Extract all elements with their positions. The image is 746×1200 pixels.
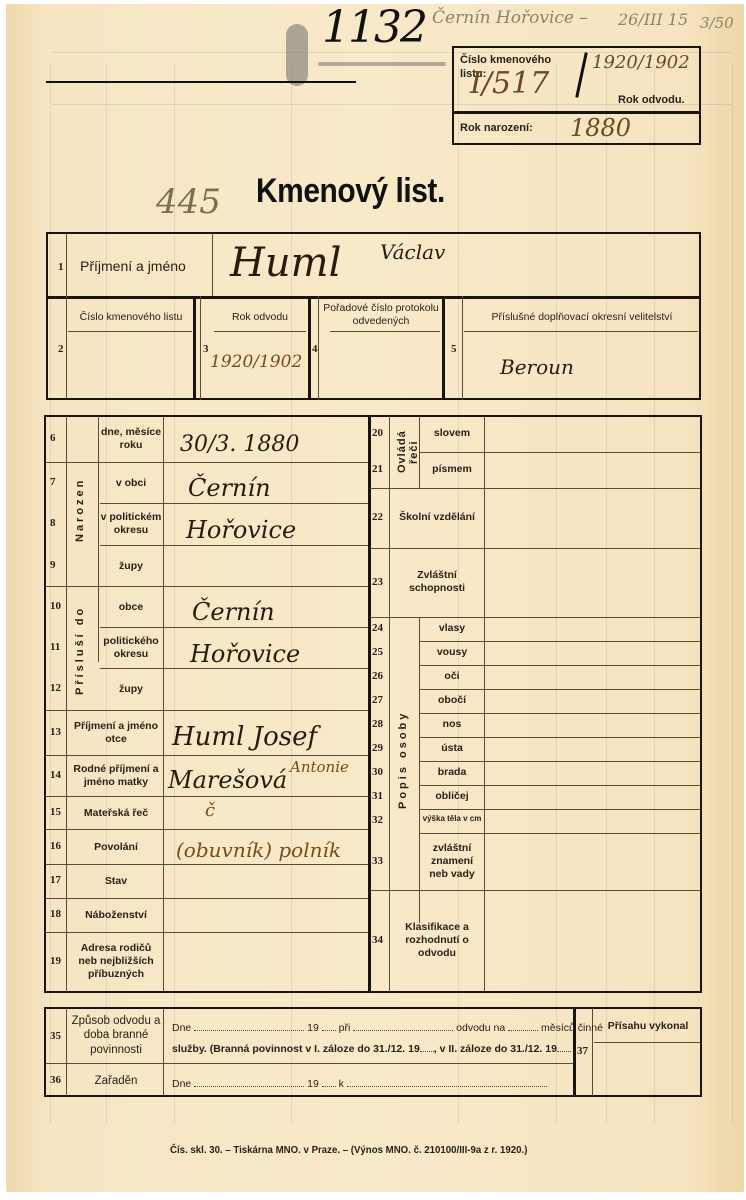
row-number: 27 xyxy=(372,694,383,706)
rok-odvodu-cell-value[interactable]: 1920/1902 xyxy=(210,352,302,372)
row-number: 20 xyxy=(372,427,383,439)
row-number: 2 xyxy=(58,343,64,355)
group-popis: Popis osoby xyxy=(397,710,409,810)
grid-line xyxy=(419,737,700,738)
row-number: 31 xyxy=(372,790,383,802)
row-number: 26 xyxy=(372,670,383,682)
grid-line xyxy=(214,331,306,332)
blank-field[interactable] xyxy=(347,1078,547,1087)
grid-line xyxy=(66,1008,67,1096)
mother-name-value[interactable]: Marešová xyxy=(168,766,287,794)
grid-line xyxy=(46,829,368,830)
row36-label: Zařaděn xyxy=(70,1074,162,1088)
grid-line xyxy=(46,932,368,933)
value-field[interactable] xyxy=(486,550,700,616)
row35-label: Způsob odvodu a doba branné povinnosti xyxy=(70,1014,162,1057)
birth-village-value[interactable]: Černín xyxy=(188,474,271,502)
grid-line xyxy=(46,1063,573,1064)
text: Dne xyxy=(172,1022,191,1034)
text: , v II. záloze do 31./12. 19 xyxy=(434,1043,557,1055)
row-number: 36 xyxy=(50,1074,61,1086)
blank-field[interactable] xyxy=(353,1022,453,1031)
grid-line xyxy=(419,641,700,642)
row-number: 22 xyxy=(372,511,383,523)
row-number: 6 xyxy=(50,432,56,444)
row-number: 5 xyxy=(451,343,457,355)
section-top-divider xyxy=(46,296,701,299)
grid-line xyxy=(370,890,700,891)
row-number: 21 xyxy=(372,463,383,475)
grid-line xyxy=(330,331,440,332)
row-number: 18 xyxy=(50,908,61,920)
row-label: Náboženství xyxy=(70,909,162,922)
row-label: slovem xyxy=(421,427,483,440)
text: při xyxy=(339,1022,351,1034)
row-number: 35 xyxy=(50,1030,61,1042)
group-ovlada: Ovládá řeči xyxy=(396,420,420,484)
row-label: Příjmení a jméno otce xyxy=(70,720,162,746)
value-field[interactable] xyxy=(486,691,700,712)
text: služby. (Branná povinnost v I. záloze do… xyxy=(172,1043,420,1055)
row36-line: Dne 19 k xyxy=(172,1078,547,1090)
row-label: dne, měsíce roku xyxy=(100,426,162,452)
row-number: 15 xyxy=(50,806,61,818)
value-field[interactable] xyxy=(486,739,700,760)
row-number: 30 xyxy=(372,766,383,778)
grid-line xyxy=(66,416,67,992)
blank-field[interactable] xyxy=(194,1022,304,1031)
row-number: 17 xyxy=(50,874,61,886)
row-label: písmem xyxy=(421,463,483,476)
value-field[interactable] xyxy=(486,835,700,889)
row-number: 12 xyxy=(50,682,61,694)
blank-field[interactable] xyxy=(322,1078,336,1087)
stamp-zero xyxy=(286,24,308,86)
row-label: Školní vzdělání xyxy=(391,511,483,524)
ink-number-left: 445 xyxy=(156,182,221,222)
pencil-fraction: 3/50 xyxy=(700,14,734,32)
blank-field[interactable] xyxy=(322,1022,336,1031)
domicile-district-value[interactable]: Hořovice xyxy=(190,640,300,668)
value-field[interactable] xyxy=(486,619,700,640)
grid-line xyxy=(419,761,700,762)
doplnovaci-velitelstvi-value[interactable]: Beroun xyxy=(500,355,574,379)
grid-line xyxy=(370,617,700,618)
text: 19 xyxy=(307,1078,319,1090)
grid-line xyxy=(419,665,700,666)
group-prislusi: Přísluší do xyxy=(74,605,86,695)
kmenovy-list-value: I/517 xyxy=(470,66,549,101)
row-number: 33 xyxy=(372,855,383,867)
row-number: 29 xyxy=(372,742,383,754)
row-number: 9 xyxy=(50,559,56,571)
rok-odvodu-label: Rok odvodu. xyxy=(618,94,698,108)
printer-footer: Čís. skl. 30. – Tiskárna MNO. v Praze. –… xyxy=(170,1144,527,1156)
grid-line xyxy=(46,898,368,899)
father-name-value[interactable]: Huml Josef xyxy=(172,722,317,752)
grid-line xyxy=(484,416,485,992)
row-number: 1 xyxy=(58,261,64,273)
row-number: 28 xyxy=(372,718,383,730)
grid-line xyxy=(419,785,700,786)
row-label: v politickém okresu xyxy=(100,511,162,537)
blank-field[interactable] xyxy=(194,1078,304,1087)
row-number: 8 xyxy=(50,517,56,529)
row-number: 32 xyxy=(372,814,383,826)
rule-line xyxy=(46,81,356,83)
cell-header: Rok odvodu xyxy=(214,311,306,324)
grid-line xyxy=(193,296,196,400)
row-number: 14 xyxy=(50,769,61,781)
value-field[interactable] xyxy=(486,490,700,547)
cell-header: Pořadové číslo protokolu odvedených xyxy=(322,302,440,328)
grid-line xyxy=(370,488,700,489)
grid-line xyxy=(46,796,368,797)
text: odvodu na xyxy=(456,1022,505,1034)
value-field[interactable] xyxy=(486,892,700,991)
row-label: Stav xyxy=(70,875,162,888)
value-field[interactable] xyxy=(486,454,700,487)
value-field[interactable] xyxy=(486,643,700,664)
grid-line xyxy=(318,296,319,400)
birth-date-value[interactable]: 30/3. 1880 xyxy=(180,432,299,457)
occupation-value[interactable]: (obuvník) polník xyxy=(176,838,341,862)
grid-line xyxy=(100,627,368,628)
grid-line xyxy=(419,452,700,453)
row35-line1: Dne 19 při odvodu na měsíců činné xyxy=(172,1022,603,1034)
grid-line xyxy=(419,617,420,923)
document-title: Kmenový list. xyxy=(256,172,445,211)
grid-line xyxy=(419,713,700,714)
text: 19 xyxy=(307,1022,319,1034)
value-field[interactable] xyxy=(486,787,700,808)
row-label: zvláštní znamení neb vady xyxy=(421,842,483,881)
row-label: župy xyxy=(100,560,162,573)
row-label: vlasy xyxy=(421,622,483,635)
row-number: 24 xyxy=(372,622,383,634)
rok-narozeni-value: 1880 xyxy=(570,114,631,142)
grid-line xyxy=(100,668,368,669)
domicile-village-value[interactable]: Černín xyxy=(192,598,275,626)
value-field[interactable] xyxy=(486,811,700,832)
mother-given-value[interactable]: Antonie xyxy=(290,758,349,776)
row-number: 13 xyxy=(50,726,61,738)
grid-line xyxy=(419,689,700,690)
blank-field[interactable] xyxy=(508,1022,538,1031)
grid-line xyxy=(98,416,99,662)
pencil-smudge xyxy=(318,62,446,66)
row-label: Mateřská řeč xyxy=(70,807,162,820)
rok-narozeni-label: Rok narození: xyxy=(460,122,560,136)
row-number: 25 xyxy=(372,646,383,658)
row-label: oči xyxy=(421,670,483,683)
row-label: Adresa rodičů neb nejbližších příbuzných xyxy=(70,942,162,981)
row-label: nos xyxy=(421,718,483,731)
text: měsíců činné xyxy=(541,1022,603,1034)
grid-line xyxy=(46,710,368,711)
grid-line xyxy=(163,1008,164,1096)
row-label: župy xyxy=(100,683,162,696)
grid-line xyxy=(389,416,390,992)
row-label: obočí xyxy=(421,694,483,707)
grid-line xyxy=(100,503,368,504)
value-field[interactable] xyxy=(486,667,700,688)
row-number: 7 xyxy=(50,476,56,488)
cell-header: Příslušné doplňovací okresní velitelství xyxy=(466,311,698,324)
grid-line xyxy=(594,1042,700,1043)
pencil-top-note: Černín Hořovice – xyxy=(432,8,588,28)
grid-line xyxy=(200,296,201,400)
pencil-date: 26/III 15 xyxy=(618,10,688,29)
grid-line xyxy=(308,296,311,400)
row35-line2: služby. (Branná povinnost v I. záloze do… xyxy=(172,1043,571,1055)
row-label: v obci xyxy=(100,477,162,490)
grid-line xyxy=(46,462,368,463)
row-number: 10 xyxy=(50,600,61,612)
value-field[interactable] xyxy=(486,715,700,736)
group-narozen: Narozen xyxy=(74,470,86,550)
row-label: ústa xyxy=(421,742,483,755)
grid-line xyxy=(419,833,700,834)
row-number: 3 xyxy=(203,343,209,355)
surname-value[interactable]: Huml xyxy=(230,240,341,286)
grid-line xyxy=(66,233,67,399)
row-number: 37 xyxy=(577,1045,588,1057)
row-number: 23 xyxy=(372,576,383,588)
row-label: politického okresu xyxy=(100,635,162,661)
row-label: Klasifikace a rozhodnutí o odvodu xyxy=(391,921,483,960)
value-field[interactable] xyxy=(486,763,700,784)
grid-line xyxy=(462,296,463,400)
grid-line xyxy=(212,233,213,296)
row-label: obličej xyxy=(421,790,483,803)
grid-line xyxy=(46,755,368,756)
birth-district-value[interactable]: Hořovice xyxy=(186,516,296,544)
row-label: Rodné příjmení a jméno matky xyxy=(70,763,162,789)
row-number: 34 xyxy=(372,934,383,946)
rok-odvodu-value: 1920/1902 xyxy=(592,52,690,73)
grid-line xyxy=(46,586,368,587)
row37-label: Přísahu vykonal xyxy=(596,1020,700,1033)
mother-tongue-value[interactable]: č xyxy=(205,800,215,821)
grid-line xyxy=(370,548,700,549)
row-label: Zvláštní schopnosti xyxy=(391,569,483,595)
grid-line xyxy=(442,296,445,400)
row-number: 16 xyxy=(50,840,61,852)
row-number: 4 xyxy=(312,343,318,355)
grid-line xyxy=(368,416,371,992)
row-label: vousy xyxy=(421,646,483,659)
value-field[interactable] xyxy=(486,418,700,451)
grid-line xyxy=(46,864,368,865)
row-number: 19 xyxy=(50,955,61,967)
grid-line xyxy=(464,331,698,332)
row-label: Povolání xyxy=(70,841,162,854)
cell-header: Číslo kmenového listu xyxy=(70,311,192,324)
row-number: 11 xyxy=(50,641,60,653)
blank-field[interactable] xyxy=(557,1043,571,1052)
grid-line xyxy=(68,331,192,332)
blank-field[interactable] xyxy=(420,1043,434,1052)
grid-line xyxy=(100,545,368,546)
surname-name-label: Příjmení a jméno xyxy=(80,258,210,276)
given-name-value[interactable]: Václav xyxy=(380,240,445,264)
ink-number-large: 1132 xyxy=(322,2,426,53)
grid-line xyxy=(419,809,700,810)
text: k xyxy=(339,1078,344,1090)
row-label: výška těla v cm xyxy=(421,814,483,824)
row-label: brada xyxy=(421,766,483,779)
row-label: obce xyxy=(100,601,162,614)
text: Dne xyxy=(172,1078,191,1090)
